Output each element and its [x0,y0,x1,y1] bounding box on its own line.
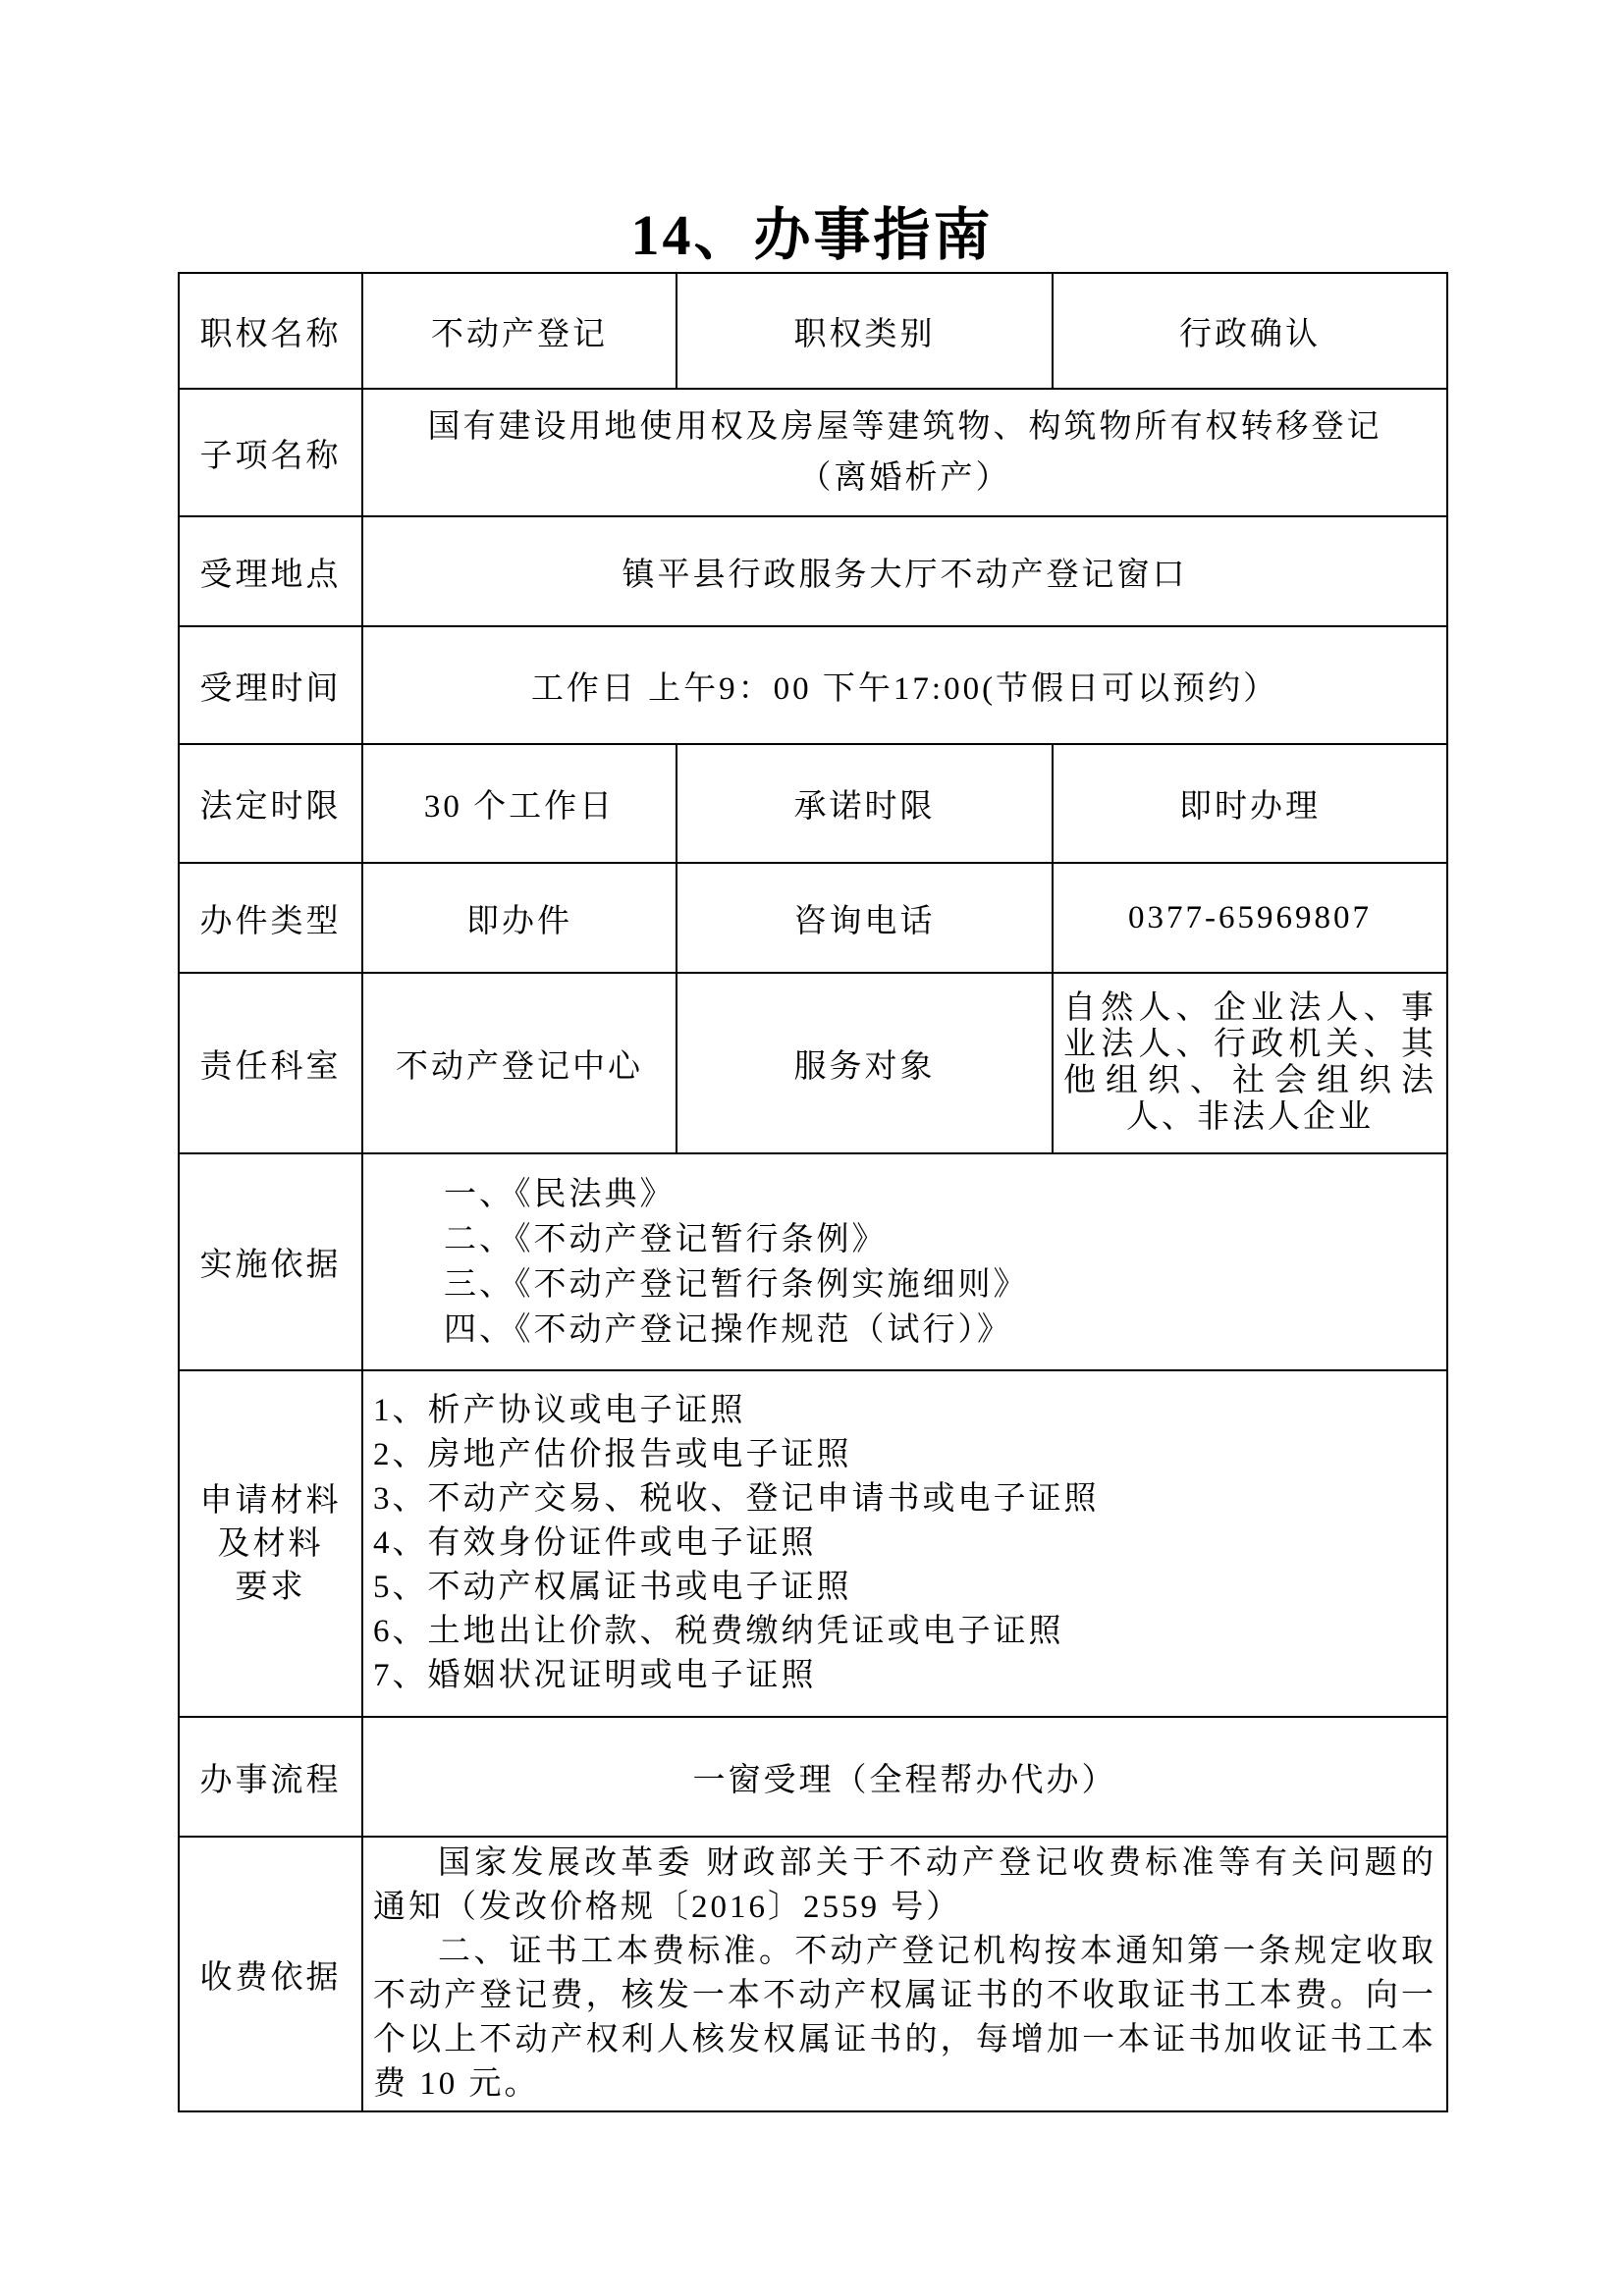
page-title: 14、办事指南 [0,188,1624,271]
materials-label-line: 要求 [189,1566,352,1609]
promised-limit-label: 承诺时限 [677,744,1053,863]
application-materials-items: 1、析产协议或电子证照 2、房地产估价报告或电子证照 3、不动产交易、税收、登记… [373,1389,1436,1698]
row-location: 受理地点 镇平县行政服务大厅不动产登记窗口 [179,516,1447,626]
row-authority: 职权名称 不动产登记 职权类别 行政确认 [179,273,1447,389]
statutory-limit-label: 法定时限 [179,744,362,863]
material-item: 4、有效身份证件或电子证照 [373,1522,1436,1566]
subitem-name-line2: （离婚析产） [373,453,1436,504]
row-application-materials: 申请材料 及材料 要求 1、析产协议或电子证照 2、房地产估价报告或电子证照 3… [179,1370,1447,1717]
row-time: 受理时间 工作日 上午9：00 下午17:00(节假日可以预约） [179,626,1447,744]
responsible-department-label: 责任科室 [179,973,362,1153]
row-subitem: 子项名称 国有建设用地使用权及房屋等建筑物、构筑物所有权转移登记 （离婚析产） [179,389,1447,516]
authority-name-label: 职权名称 [179,273,362,389]
authority-type-value: 行政确认 [1053,273,1447,389]
acceptance-location-value: 镇平县行政服务大厅不动产登记窗口 [362,516,1447,626]
service-target-label: 服务对象 [677,973,1053,1153]
acceptance-location-label: 受理地点 [179,516,362,626]
row-process: 办事流程 一窗受理（全程帮办代办） [179,1717,1447,1837]
consultation-phone-value: 0377-65969807 [1053,863,1447,973]
material-item: 7、婚姻状况证明或电子证照 [373,1654,1436,1698]
implementation-basis-list: 一、《民法典》 二、《不动产登记暂行条例》 三、《不动产登记暂行条例实施细则》 … [362,1153,1447,1370]
material-item: 5、不动产权属证书或电子证照 [373,1566,1436,1610]
service-guide-table: 职权名称 不动产登记 职权类别 行政确认 子项名称 国有建设用地使用权及房屋等建… [178,272,1448,2112]
process-value: 一窗受理（全程帮办代办） [362,1717,1447,1837]
basis-item: 二、《不动产登记暂行条例》 [373,1217,1436,1262]
materials-label-line: 申请材料 [189,1479,352,1522]
subitem-name-label: 子项名称 [179,389,362,516]
subitem-name-line1: 国有建设用地使用权及房屋等建筑物、构筑物所有权转移登记 [373,401,1436,453]
material-item: 6、土地出让价款、税费缴纳凭证或电子证照 [373,1610,1436,1654]
materials-label-line: 及材料 [189,1522,352,1566]
promised-limit-value: 即时办理 [1053,744,1447,863]
service-target-value: 自然人、企业法人、事业法人、行政机关、其他组织、社会组织法人、非法人企业 [1053,973,1447,1153]
row-fee-basis: 收费依据 国家发展改革委 财政部关于不动产登记收费标准等有关问题的通知（发改价格… [179,1837,1447,2111]
authority-name-value: 不动产登记 [362,273,677,389]
fee-basis-paragraph-2: 二、证书工本费标准。不动产登记机构按本通知第一条规定收取不动产登记费，核发一本不… [373,1930,1436,2107]
fee-basis-content: 国家发展改革委 财政部关于不动产登记收费标准等有关问题的通知（发改价格规〔201… [362,1837,1447,2111]
material-item: 2、房地产估价报告或电子证照 [373,1433,1436,1477]
basis-item: 四、《不动产登记操作规范（试行）》 [373,1308,1436,1353]
application-materials-label: 申请材料 及材料 要求 [179,1370,362,1717]
row-statutory-limit: 法定时限 30 个工作日 承诺时限 即时办理 [179,744,1447,863]
authority-type-label: 职权类别 [677,273,1053,389]
case-type-label: 办件类型 [179,863,362,973]
responsible-department-value: 不动产登记中心 [362,973,677,1153]
process-label: 办事流程 [179,1717,362,1837]
fee-basis-label: 收费依据 [179,1837,362,2111]
row-case-type: 办件类型 即办件 咨询电话 0377-65969807 [179,863,1447,973]
statutory-limit-value: 30 个工作日 [362,744,677,863]
consultation-phone-label: 咨询电话 [677,863,1053,973]
subitem-name-value: 国有建设用地使用权及房屋等建筑物、构筑物所有权转移登记 （离婚析产） [362,389,1447,516]
row-implementation-basis: 实施依据 一、《民法典》 二、《不动产登记暂行条例》 三、《不动产登记暂行条例实… [179,1153,1447,1370]
acceptance-time-value: 工作日 上午9：00 下午17:00(节假日可以预约） [362,626,1447,744]
document-page: 14、办事指南 职权名称 不动产登记 职权类别 行政确认 子项名称 国有建设用地… [0,0,1624,2296]
material-item: 3、不动产交易、税收、登记申请书或电子证照 [373,1477,1436,1522]
fee-basis-paragraph-1: 国家发展改革委 财政部关于不动产登记收费标准等有关问题的通知（发改价格规〔201… [373,1842,1436,1930]
case-type-value: 即办件 [362,863,677,973]
implementation-basis-items: 一、《民法典》 二、《不动产登记暂行条例》 三、《不动产登记暂行条例实施细则》 … [373,1172,1436,1353]
implementation-basis-label: 实施依据 [179,1153,362,1370]
material-item: 1、析产协议或电子证照 [373,1389,1436,1433]
acceptance-time-label: 受理时间 [179,626,362,744]
basis-item: 一、《民法典》 [373,1172,1436,1217]
basis-item: 三、《不动产登记暂行条例实施细则》 [373,1262,1436,1308]
application-materials-list: 1、析产协议或电子证照 2、房地产估价报告或电子证照 3、不动产交易、税收、登记… [362,1370,1447,1717]
row-department: 责任科室 不动产登记中心 服务对象 自然人、企业法人、事业法人、行政机关、其他组… [179,973,1447,1153]
